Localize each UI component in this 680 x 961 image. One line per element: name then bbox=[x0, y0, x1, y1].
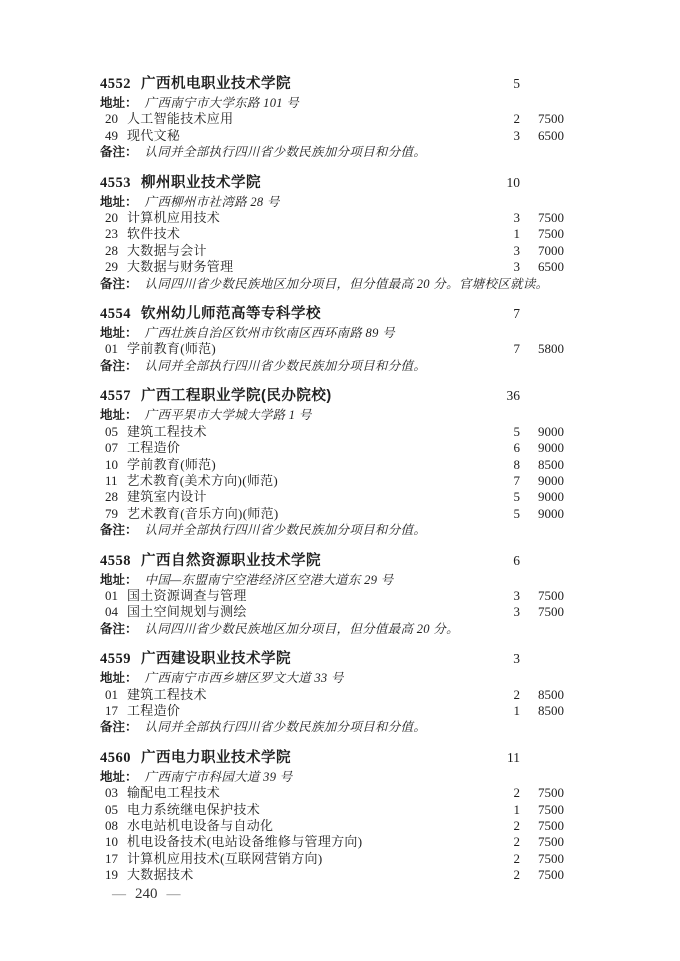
program-fee: 9000 bbox=[520, 424, 564, 440]
remark-row: 备注： 认同四川省少数民族地区加分项目，但分值最高 20 分。官塘校区就读。 bbox=[100, 276, 564, 292]
program-count: 2 bbox=[494, 851, 520, 867]
address-value: 广西南宁市科园大道 39 号 bbox=[145, 769, 293, 785]
program-name: 建筑室内设计 bbox=[127, 489, 494, 505]
address-row: 地址： 广西南宁市西乡塘区罗文大道 33 号 bbox=[100, 670, 564, 686]
program-list: 20 人工智能技术应用 2 7500 49 现代文秘 3 6500 bbox=[100, 111, 564, 144]
school-title-row: 4554 钦州幼儿师范高等专科学校 7 bbox=[100, 304, 564, 324]
program-fee: 8500 bbox=[520, 457, 564, 473]
address-label: 地址： bbox=[100, 572, 138, 588]
school-block: 4553 柳州职业技术学院 10 地址： 广西柳州市社湾路 28 号 20 计算… bbox=[100, 173, 564, 292]
program-name: 现代文秘 bbox=[127, 128, 494, 144]
program-row: 19 大数据技术 2 7500 bbox=[100, 867, 564, 883]
address-row: 地址： 广西南宁市科园大道 39 号 bbox=[100, 769, 564, 785]
program-name: 水电站机电设备与自动化 bbox=[127, 818, 494, 834]
school-quota: 5 bbox=[494, 74, 520, 93]
remark-value: 认同四川省少数民族地区加分项目，但分值最高 20 分。官塘校区就读。 bbox=[145, 276, 549, 292]
program-code: 01 bbox=[105, 341, 118, 357]
program-code: 05 bbox=[105, 802, 118, 818]
school-code: 4560 bbox=[100, 749, 131, 768]
program-count: 5 bbox=[494, 424, 520, 440]
program-name: 国土资源调查与管理 bbox=[127, 588, 494, 604]
program-row: 05 建筑工程技术 5 9000 bbox=[100, 424, 564, 440]
program-fee: 9000 bbox=[520, 489, 564, 505]
program-fee: 8500 bbox=[520, 703, 564, 719]
program-count: 5 bbox=[494, 506, 520, 522]
school-name: 广西自然资源职业技术学院 bbox=[141, 552, 321, 571]
school-code: 4558 bbox=[100, 552, 131, 571]
program-count: 2 bbox=[494, 687, 520, 703]
school-name: 广西机电职业技术学院 bbox=[141, 75, 291, 94]
address-row: 地址： 广西壮族自治区钦州市钦南区西环南路 89 号 bbox=[100, 325, 564, 341]
program-count: 1 bbox=[494, 226, 520, 242]
program-count: 3 bbox=[494, 588, 520, 604]
program-count: 2 bbox=[494, 818, 520, 834]
remark-value: 认同并全部执行四川省少数民族加分项目和分值。 bbox=[145, 522, 427, 538]
page: { "labels": { "address": "地址：", "remark"… bbox=[0, 0, 680, 961]
program-name: 大数据与会计 bbox=[127, 243, 494, 259]
school-title-row: 4560 广西电力职业技术学院 11 bbox=[100, 748, 564, 768]
program-row: 29 大数据与财务管理 3 6500 bbox=[100, 259, 564, 275]
program-row: 05 电力系统继电保护技术 1 7500 bbox=[100, 802, 564, 818]
program-fee: 7500 bbox=[520, 785, 564, 801]
program-fee: 9000 bbox=[520, 473, 564, 489]
address-row: 地址： 广西柳州市社湾路 28 号 bbox=[100, 194, 564, 210]
school-quota: 36 bbox=[494, 386, 520, 405]
program-row: 20 计算机应用技术 3 7500 bbox=[100, 210, 564, 226]
address-label: 地址： bbox=[100, 95, 138, 111]
program-code: 01 bbox=[105, 687, 118, 703]
program-row: 03 输配电工程技术 2 7500 bbox=[100, 785, 564, 801]
address-label: 地址： bbox=[100, 194, 138, 210]
program-row: 17 计算机应用技术(互联网营销方向) 2 7500 bbox=[100, 851, 564, 867]
program-list: 01 建筑工程技术 2 8500 17 工程造价 1 8500 bbox=[100, 687, 564, 720]
school-title-row: 4557 广西工程职业学院(民办院校) 36 bbox=[100, 386, 564, 406]
program-code: 29 bbox=[105, 259, 118, 275]
remark-label: 备注： bbox=[100, 621, 138, 637]
program-fee: 9000 bbox=[520, 506, 564, 522]
school-title-row: 4552 广西机电职业技术学院 5 bbox=[100, 74, 564, 94]
school-block: 4552 广西机电职业技术学院 5 地址： 广西南宁市大学东路 101 号 20… bbox=[100, 74, 564, 161]
program-code: 17 bbox=[105, 703, 118, 719]
program-count: 2 bbox=[494, 867, 520, 883]
program-name: 机电设备技术(电站设备维修与管理方向) bbox=[127, 834, 494, 850]
program-row: 01 国土资源调查与管理 3 7500 bbox=[100, 588, 564, 604]
program-fee: 5800 bbox=[520, 341, 564, 357]
program-list: 05 建筑工程技术 5 9000 07 工程造价 6 9000 10 学前教育(… bbox=[100, 424, 564, 522]
page-number: 240 bbox=[135, 886, 158, 903]
program-name: 国土空间规划与测绘 bbox=[127, 604, 494, 620]
program-name: 输配电工程技术 bbox=[127, 785, 494, 801]
program-list: 03 输配电工程技术 2 7500 05 电力系统继电保护技术 1 7500 0… bbox=[100, 785, 564, 883]
program-count: 3 bbox=[494, 243, 520, 259]
program-name: 大数据技术 bbox=[127, 867, 494, 883]
remark-value: 认同并全部执行四川省少数民族加分项目和分值。 bbox=[145, 719, 427, 735]
program-count: 7 bbox=[494, 473, 520, 489]
school-name: 广西建设职业技术学院 bbox=[141, 650, 291, 669]
program-list: 01 国土资源调查与管理 3 7500 04 国土空间规划与测绘 3 7500 bbox=[100, 588, 564, 621]
remark-row: 备注： 认同四川省少数民族地区加分项目，但分值最高 20 分。 bbox=[100, 621, 564, 637]
program-code: 49 bbox=[105, 128, 118, 144]
program-code: 10 bbox=[105, 834, 118, 850]
program-row: 01 建筑工程技术 2 8500 bbox=[100, 687, 564, 703]
program-row: 49 现代文秘 3 6500 bbox=[100, 128, 564, 144]
address-row: 地址： 广西南宁市大学东路 101 号 bbox=[100, 95, 564, 111]
remark-label: 备注： bbox=[100, 144, 138, 160]
program-list: 20 计算机应用技术 3 7500 23 软件技术 1 7500 28 大数据与… bbox=[100, 210, 564, 276]
school-quota: 6 bbox=[494, 551, 520, 570]
remark-row: 备注： 认同并全部执行四川省少数民族加分项目和分值。 bbox=[100, 144, 564, 160]
address-label: 地址： bbox=[100, 407, 138, 423]
footer-dash-right: — bbox=[167, 887, 181, 903]
remark-label: 备注： bbox=[100, 522, 138, 538]
program-fee: 7000 bbox=[520, 243, 564, 259]
program-list: 01 学前教育(师范) 7 5800 bbox=[100, 341, 564, 357]
program-count: 3 bbox=[494, 604, 520, 620]
school-name: 广西工程职业学院(民办院校) bbox=[141, 387, 332, 406]
program-count: 1 bbox=[494, 802, 520, 818]
school-code: 4554 bbox=[100, 305, 131, 324]
program-row: 79 艺术教育(音乐方向)(师范) 5 9000 bbox=[100, 506, 564, 522]
program-row: 28 大数据与会计 3 7000 bbox=[100, 243, 564, 259]
program-code: 03 bbox=[105, 785, 118, 801]
program-count: 2 bbox=[494, 834, 520, 850]
program-fee: 7500 bbox=[520, 802, 564, 818]
program-name: 大数据与财务管理 bbox=[127, 259, 494, 275]
program-row: 11 艺术教育(美术方向)(师范) 7 9000 bbox=[100, 473, 564, 489]
program-code: 10 bbox=[105, 457, 118, 473]
address-row: 地址： 广西平果市大学城大学路 1 号 bbox=[100, 407, 564, 423]
program-fee: 6500 bbox=[520, 259, 564, 275]
school-code: 4552 bbox=[100, 75, 131, 94]
program-row: 04 国土空间规划与测绘 3 7500 bbox=[100, 604, 564, 620]
school-block: 4558 广西自然资源职业技术学院 6 地址： 中国—东盟南宁空港经济区空港大道… bbox=[100, 551, 564, 638]
program-row: 10 学前教育(师范) 8 8500 bbox=[100, 457, 564, 473]
school-quota: 10 bbox=[494, 173, 520, 192]
page-footer: — 240 — bbox=[103, 886, 190, 903]
school-block: 4554 钦州幼儿师范高等专科学校 7 地址： 广西壮族自治区钦州市钦南区西环南… bbox=[100, 304, 564, 374]
school-name: 钦州幼儿师范高等专科学校 bbox=[141, 305, 321, 324]
school-title-row: 4558 广西自然资源职业技术学院 6 bbox=[100, 551, 564, 571]
address-value: 广西平果市大学城大学路 1 号 bbox=[145, 407, 312, 423]
address-value: 广西壮族自治区钦州市钦南区西环南路 89 号 bbox=[145, 325, 395, 341]
program-code: 28 bbox=[105, 489, 118, 505]
school-code: 4559 bbox=[100, 650, 131, 669]
program-code: 23 bbox=[105, 226, 118, 242]
program-code: 79 bbox=[105, 506, 118, 522]
program-fee: 7500 bbox=[520, 834, 564, 850]
program-fee: 7500 bbox=[520, 867, 564, 883]
remark-label: 备注： bbox=[100, 358, 138, 374]
remark-label: 备注： bbox=[100, 719, 138, 735]
program-name: 计算机应用技术(互联网营销方向) bbox=[127, 851, 494, 867]
program-row: 01 学前教育(师范) 7 5800 bbox=[100, 341, 564, 357]
program-fee: 7500 bbox=[520, 851, 564, 867]
program-name: 工程造价 bbox=[127, 440, 494, 456]
program-code: 07 bbox=[105, 440, 118, 456]
program-fee: 9000 bbox=[520, 440, 564, 456]
school-title-row: 4553 柳州职业技术学院 10 bbox=[100, 173, 564, 193]
remark-row: 备注： 认同并全部执行四川省少数民族加分项目和分值。 bbox=[100, 719, 564, 735]
program-code: 04 bbox=[105, 604, 118, 620]
remark-value: 认同四川省少数民族地区加分项目，但分值最高 20 分。 bbox=[145, 621, 459, 637]
program-code: 28 bbox=[105, 243, 118, 259]
program-fee: 8500 bbox=[520, 687, 564, 703]
program-code: 11 bbox=[105, 473, 118, 489]
school-quota: 11 bbox=[494, 748, 520, 767]
address-value: 广西柳州市社湾路 28 号 bbox=[145, 194, 280, 210]
school-code: 4557 bbox=[100, 387, 131, 406]
program-name: 电力系统继电保护技术 bbox=[127, 802, 494, 818]
program-name: 学前教育(师范) bbox=[127, 341, 494, 357]
program-fee: 7500 bbox=[520, 818, 564, 834]
school-block: 4560 广西电力职业技术学院 11 地址： 广西南宁市科园大道 39 号 03… bbox=[100, 748, 564, 884]
program-count: 7 bbox=[494, 341, 520, 357]
program-count: 2 bbox=[494, 111, 520, 127]
remark-value: 认同并全部执行四川省少数民族加分项目和分值。 bbox=[145, 144, 427, 160]
remark-value: 认同并全部执行四川省少数民族加分项目和分值。 bbox=[145, 358, 427, 374]
program-count: 6 bbox=[494, 440, 520, 456]
address-label: 地址： bbox=[100, 670, 138, 686]
program-count: 3 bbox=[494, 259, 520, 275]
footer-dash-left: — bbox=[112, 887, 126, 903]
school-quota: 7 bbox=[494, 304, 520, 323]
remark-label: 备注： bbox=[100, 276, 138, 292]
program-count: 1 bbox=[494, 703, 520, 719]
program-code: 19 bbox=[105, 867, 118, 883]
school-list: 4552 广西机电职业技术学院 5 地址： 广西南宁市大学东路 101 号 20… bbox=[100, 74, 564, 896]
address-value: 中国—东盟南宁空港经济区空港大道东 29 号 bbox=[145, 572, 394, 588]
address-row: 地址： 中国—东盟南宁空港经济区空港大道东 29 号 bbox=[100, 572, 564, 588]
program-name: 计算机应用技术 bbox=[127, 210, 494, 226]
program-row: 08 水电站机电设备与自动化 2 7500 bbox=[100, 818, 564, 834]
program-name: 工程造价 bbox=[127, 703, 494, 719]
program-row: 28 建筑室内设计 5 9000 bbox=[100, 489, 564, 505]
program-count: 8 bbox=[494, 457, 520, 473]
program-fee: 7500 bbox=[520, 111, 564, 127]
address-label: 地址： bbox=[100, 325, 138, 341]
program-code: 01 bbox=[105, 588, 118, 604]
address-label: 地址： bbox=[100, 769, 138, 785]
school-block: 4557 广西工程职业学院(民办院校) 36 地址： 广西平果市大学城大学路 1… bbox=[100, 386, 564, 538]
program-count: 2 bbox=[494, 785, 520, 801]
program-code: 20 bbox=[105, 111, 118, 127]
program-code: 08 bbox=[105, 818, 118, 834]
program-count: 5 bbox=[494, 489, 520, 505]
program-row: 23 软件技术 1 7500 bbox=[100, 226, 564, 242]
program-fee: 7500 bbox=[520, 604, 564, 620]
program-fee: 6500 bbox=[520, 128, 564, 144]
remark-row: 备注： 认同并全部执行四川省少数民族加分项目和分值。 bbox=[100, 358, 564, 374]
program-name: 软件技术 bbox=[127, 226, 494, 242]
program-row: 10 机电设备技术(电站设备维修与管理方向) 2 7500 bbox=[100, 834, 564, 850]
remark-row: 备注： 认同并全部执行四川省少数民族加分项目和分值。 bbox=[100, 522, 564, 538]
address-value: 广西南宁市大学东路 101 号 bbox=[145, 95, 300, 111]
program-name: 学前教育(师范) bbox=[127, 457, 494, 473]
program-code: 17 bbox=[105, 851, 118, 867]
school-title-row: 4559 广西建设职业技术学院 3 bbox=[100, 649, 564, 669]
program-count: 3 bbox=[494, 128, 520, 144]
program-fee: 7500 bbox=[520, 210, 564, 226]
address-value: 广西南宁市西乡塘区罗文大道 33 号 bbox=[145, 670, 344, 686]
program-name: 人工智能技术应用 bbox=[127, 111, 494, 127]
school-code: 4553 bbox=[100, 174, 131, 193]
program-count: 3 bbox=[494, 210, 520, 226]
program-name: 艺术教育(美术方向)(师范) bbox=[127, 473, 494, 489]
school-name: 柳州职业技术学院 bbox=[141, 174, 261, 193]
school-block: 4559 广西建设职业技术学院 3 地址： 广西南宁市西乡塘区罗文大道 33 号… bbox=[100, 649, 564, 736]
program-name: 建筑工程技术 bbox=[127, 687, 494, 703]
school-quota: 3 bbox=[494, 649, 520, 668]
program-row: 20 人工智能技术应用 2 7500 bbox=[100, 111, 564, 127]
program-name: 建筑工程技术 bbox=[127, 424, 494, 440]
program-name: 艺术教育(音乐方向)(师范) bbox=[127, 506, 494, 522]
school-name: 广西电力职业技术学院 bbox=[141, 749, 291, 768]
program-row: 07 工程造价 6 9000 bbox=[100, 440, 564, 456]
program-fee: 7500 bbox=[520, 226, 564, 242]
program-row: 17 工程造价 1 8500 bbox=[100, 703, 564, 719]
program-code: 05 bbox=[105, 424, 118, 440]
program-code: 20 bbox=[105, 210, 118, 226]
program-fee: 7500 bbox=[520, 588, 564, 604]
